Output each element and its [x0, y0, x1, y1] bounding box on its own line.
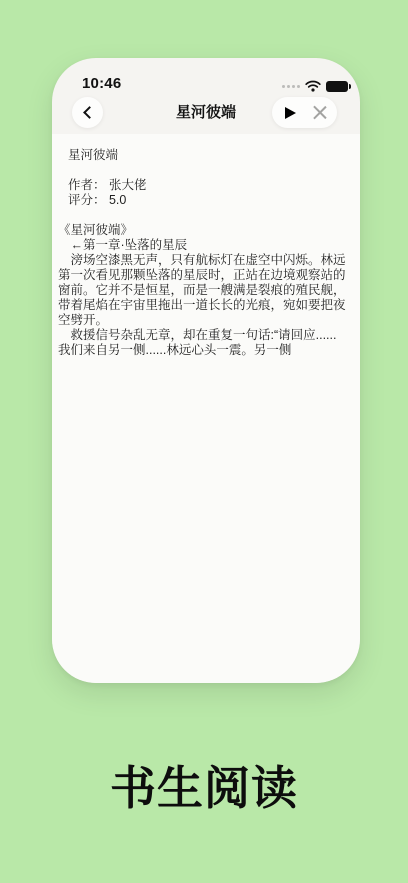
chapter-body-line: 空劈开。 — [58, 313, 350, 328]
phone-frame: 10:46 星河彼端 — [52, 58, 360, 683]
navigation-bar: 星河彼端 — [52, 94, 360, 134]
chapter-heading-line: ←第一章·坠落的星辰 — [58, 238, 350, 253]
book-author: 作者： 张大佬 — [68, 178, 348, 193]
book-meta: 星河彼端 作者： 张大佬 评分： 5.0 — [52, 148, 360, 223]
chapter-body-line: 带着尾焰在宇宙里拖出一道长长的光痕，宛如要把夜 — [58, 298, 350, 313]
chapter-body-line: 窗前。它并不是恒星，而是一艘满是裂痕的殖民舰， — [58, 283, 350, 298]
chapter-body-line: 滂场空漆黑无声，只有航标灯在虚空中闪烁。林远 — [58, 253, 350, 268]
status-icons — [282, 80, 350, 92]
wifi-icon — [305, 80, 321, 92]
cellular-signal-icon — [282, 85, 300, 88]
status-time: 10:46 — [82, 75, 121, 92]
battery-icon — [326, 81, 348, 92]
book-rating: 评分： 5.0 — [68, 193, 348, 208]
reader-content[interactable]: 星河彼端 作者： 张大佬 评分： 5.0 《星河彼端》 ←第一章·坠落的星辰 滂… — [52, 134, 360, 683]
book-title: 星河彼端 — [68, 148, 348, 163]
chapter-text: 《星河彼端》 ←第一章·坠落的星辰 滂场空漆黑无声，只有航标灯在虚空中闪烁。林远… — [52, 223, 360, 358]
app-background: 10:46 星河彼端 — [0, 0, 408, 883]
chapter-book-title-line: 《星河彼端》 — [58, 223, 350, 238]
chapter-body-line: 第一次看见那颗坠落的星辰时，正站在边境观察站的 — [58, 268, 350, 283]
play-icon — [285, 107, 296, 119]
chapter-body-line: 我们来自另一侧......林远心头一震。另一侧 — [58, 343, 350, 358]
chapter-body-line: 救援信号杂乱无章，却在重复一句话:“请回应...... — [58, 328, 350, 343]
blank-line — [68, 163, 348, 178]
close-button[interactable] — [308, 102, 330, 124]
play-button[interactable] — [279, 102, 301, 124]
status-bar: 10:46 — [52, 58, 360, 94]
app-caption: 书生阅读 — [0, 752, 408, 818]
window-controls-pill — [272, 97, 337, 128]
blank-line — [68, 208, 348, 223]
close-icon — [312, 105, 327, 120]
